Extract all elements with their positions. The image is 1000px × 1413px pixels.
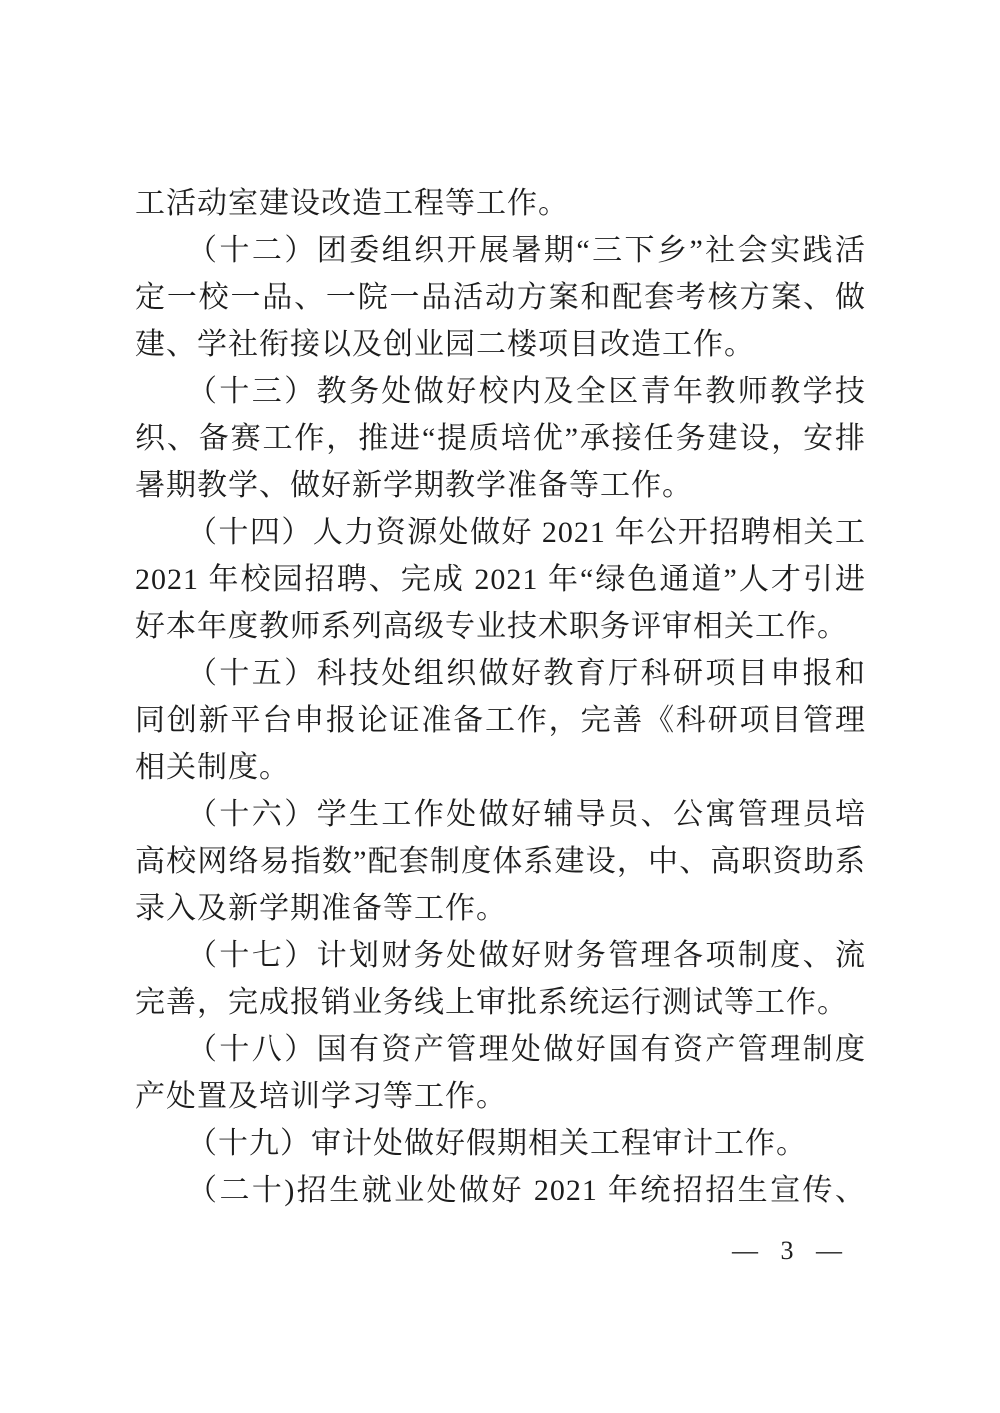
text-line: 录入及新学期准备等工作。	[135, 885, 866, 932]
text-line: （十八）国有资产管理处做好国有资产管理制度修订、资	[135, 1026, 866, 1073]
text-line: 好本年度教师系列高级专业技术职务评审相关工作。	[135, 603, 866, 650]
text-line: 完善，完成报销业务线上审批系统运行测试等工作。	[135, 979, 866, 1026]
text-line: （十五）科技处组织做好教育厅科研项目申报和自治区协	[135, 650, 866, 697]
document-page: 工活动室建设改造工程等工作。（十二）团委组织开展暑期“三下乡”社会实践活动，制定…	[0, 0, 1000, 1413]
text-line: 高校网络易指数”配套制度体系建设，中、高职资助系统信息	[135, 838, 866, 885]
text-line: （十三）教务处做好校内及全区青年教师教学技能比赛组	[135, 368, 866, 415]
text-line: 同创新平台申报论证准备工作，完善《科研项目管理办法》等	[135, 697, 866, 744]
text-line: （二十)招生就业处做好 2021 年统招招生宣传、录取工作、	[135, 1167, 866, 1214]
text-line: 2021 年校园招聘、完成 2021 年“绿色通道”人才引进工作，做	[135, 556, 866, 603]
text-line: 暑期教学、做好新学期教学准备等工作。	[135, 462, 866, 509]
page-number: — 3 —	[732, 1236, 850, 1266]
text-line: （十二）团委组织开展暑期“三下乡”社会实践活动，制	[135, 227, 866, 274]
text-line: 织、备赛工作，推进“提质培优”承接任务建设，安排扩招班	[135, 415, 866, 462]
text-line: 产处置及培训学习等工作。	[135, 1073, 866, 1120]
document-body: 工活动室建设改造工程等工作。（十二）团委组织开展暑期“三下乡”社会实践活动，制定…	[135, 180, 866, 1214]
text-line: 定一校一品、一院一品活动方案和配套考核方案、做好智慧团	[135, 274, 866, 321]
text-line: 建、学社衔接以及创业园二楼项目改造工作。	[135, 321, 866, 368]
text-line: （十九）审计处做好假期相关工程审计工作。	[135, 1120, 866, 1167]
text-line: （十七）计划财务处做好财务管理各项制度、流程梳理与	[135, 932, 866, 979]
text-line: 相关制度。	[135, 744, 866, 791]
text-line: （十四）人力资源处做好 2021 年公开招聘相关工作，组织	[135, 509, 866, 556]
text-line: 工活动室建设改造工程等工作。	[135, 180, 866, 227]
text-line: （十六）学生工作处做好辅导员、公寓管理员培训，“全国	[135, 791, 866, 838]
